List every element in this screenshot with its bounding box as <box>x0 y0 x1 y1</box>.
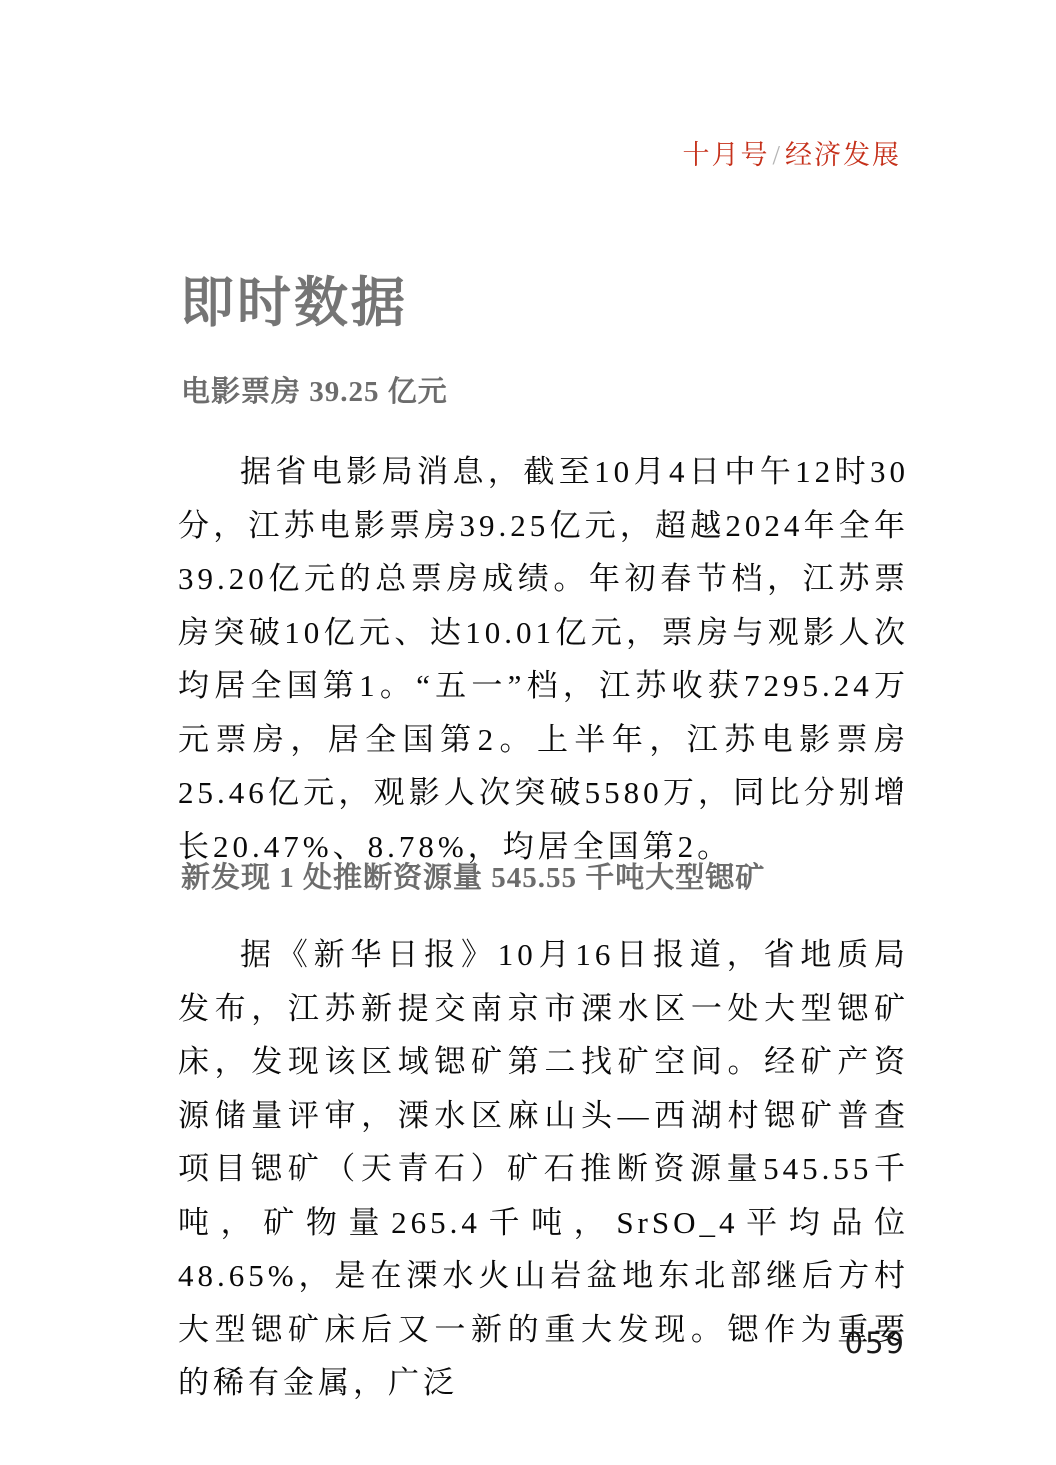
page-header: 十月号/经济发展 <box>682 138 901 172</box>
article-heading-film-box-office: 电影票房 39.25 亿元 <box>181 374 448 410</box>
header-separator: / <box>769 140 785 170</box>
article-body-film-box-office: 据省电影局消息，截至10月4日中午12时30分，江苏电影票房39.25亿元，超越… <box>178 445 909 873</box>
magazine-page: 十月号/经济发展 即时数据 电影票房 39.25 亿元 据省电影局消息，截至10… <box>0 0 1056 1465</box>
page-title: 即时数据 <box>180 272 408 334</box>
header-section-label: 经济发展 <box>785 140 901 170</box>
article-body-strontium-mine: 据《新华日报》10月16日报道，省地质局发布，江苏新提交南京市溧水区一处大型锶矿… <box>178 928 909 1410</box>
header-issue-label: 十月号 <box>682 140 769 170</box>
article-heading-strontium-mine: 新发现 1 处推断资源量 545.55 千吨大型锶矿 <box>181 860 765 896</box>
page-number: 059 <box>845 1326 906 1360</box>
